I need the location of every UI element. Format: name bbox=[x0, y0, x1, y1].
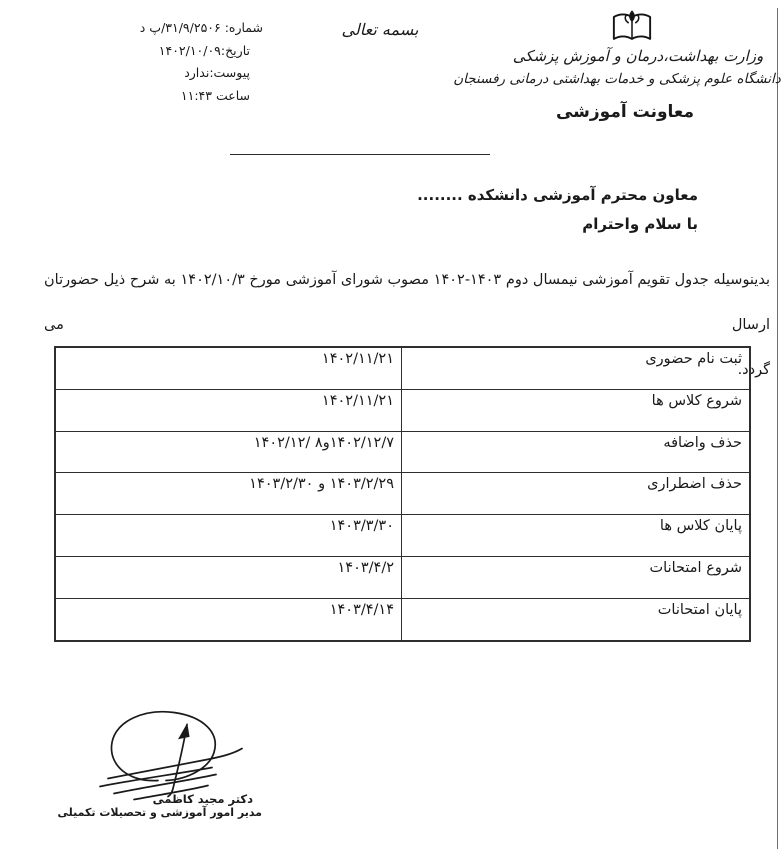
row-label: ثبت نام حضوری bbox=[402, 347, 751, 389]
table-row: شروع امتحانات ۱۴۰۳/۴/۲ bbox=[55, 556, 750, 598]
ministry-logo-icon bbox=[611, 7, 653, 46]
academic-calendar-table: ثبت نام حضوری ۱۴۰۲/۱۱/۲۱ شروع کلاس ها ۱۴… bbox=[54, 346, 751, 642]
letter-number: شماره: ۳۱/۹/۲۵۰۶/پ د bbox=[131, 17, 263, 40]
letter-attachment: پیوست:ندارد bbox=[118, 62, 250, 85]
row-label: شروع کلاس ها bbox=[402, 389, 751, 431]
row-label: حذف واضافه bbox=[402, 431, 751, 473]
table-row: ثبت نام حضوری ۱۴۰۲/۱۱/۲۱ bbox=[55, 347, 750, 389]
table-row: پایان کلاس ها ۱۴۰۳/۳/۳۰ bbox=[55, 515, 750, 557]
letter-time: ساعت ۱۱:۴۳ bbox=[118, 85, 250, 108]
row-value: ۱۴۰۳/۳/۳۰ bbox=[55, 515, 402, 557]
table-row: پایان امتحانات ۱۴۰۳/۴/۱۴ bbox=[55, 598, 750, 640]
row-value: ۱۴۰۳/۴/۱۴ bbox=[55, 598, 402, 640]
ministry-name: وزارت بهداشت،درمان و آموزش پزشکی bbox=[468, 47, 783, 65]
row-label: حذف اضطراری bbox=[402, 473, 751, 515]
signer-title: مدیر امور آموزشی و تحصیلات تکمیلی bbox=[96, 806, 262, 819]
row-value: ۱۴۰۳/۲/۲۹ و ۱۴۰۳/۲/۳۰ bbox=[55, 473, 402, 515]
university-name: دانشگاه علوم پزشکی و خدمات بهداشتی درمان… bbox=[447, 71, 783, 87]
salutation-line: با سلام واحترام bbox=[417, 210, 698, 239]
handwritten-signature-icon bbox=[90, 702, 255, 805]
table-row: شروع کلاس ها ۱۴۰۲/۱۱/۲۱ bbox=[55, 389, 750, 431]
signer-name: دکتر مجید کاظمی bbox=[163, 792, 253, 806]
letter-document: شماره: ۳۱/۹/۲۵۰۶/پ د تاریخ:۱۴۰۲/۱۰/۰۹ پی… bbox=[0, 0, 783, 849]
body-line-1: بدینوسیله جدول تقویم آموزشی نیمسال دوم ۱… bbox=[44, 258, 770, 348]
letter-date: تاریخ:۱۴۰۲/۱۰/۰۹ bbox=[118, 40, 250, 63]
letter-meta-block: شماره: ۳۱/۹/۲۵۰۶/پ د تاریخ:۱۴۰۲/۱۰/۰۹ پی… bbox=[118, 17, 250, 107]
row-value: ۱۴۰۲/۱۱/۲۱ bbox=[55, 347, 402, 389]
deputy-name: معاونت آموزشی bbox=[540, 102, 710, 122]
row-label: پایان امتحانات bbox=[402, 598, 751, 640]
header-divider-line bbox=[230, 154, 490, 155]
besmeh-taala: بسمه تعالی bbox=[322, 20, 438, 39]
recipient-block: معاون محترم آموزشی دانشکده ........ با س… bbox=[417, 181, 698, 239]
table-row: حذف واضافه ۱۴۰۲/۱۲/۷و۸ /۱۴۰۲/۱۲ bbox=[55, 431, 750, 473]
page-right-border-line bbox=[777, 8, 778, 849]
table-row: حذف اضطراری ۱۴۰۳/۲/۲۹ و ۱۴۰۳/۲/۳۰ bbox=[55, 473, 750, 515]
row-value: ۱۴۰۳/۴/۲ bbox=[55, 556, 402, 598]
row-label: پایان کلاس ها bbox=[402, 515, 751, 557]
row-value: ۱۴۰۲/۱۲/۷و۸ /۱۴۰۲/۱۲ bbox=[55, 431, 402, 473]
recipient-line: معاون محترم آموزشی دانشکده ........ bbox=[417, 181, 698, 210]
row-value: ۱۴۰۲/۱۱/۲۱ bbox=[55, 389, 402, 431]
row-label: شروع امتحانات bbox=[402, 556, 751, 598]
